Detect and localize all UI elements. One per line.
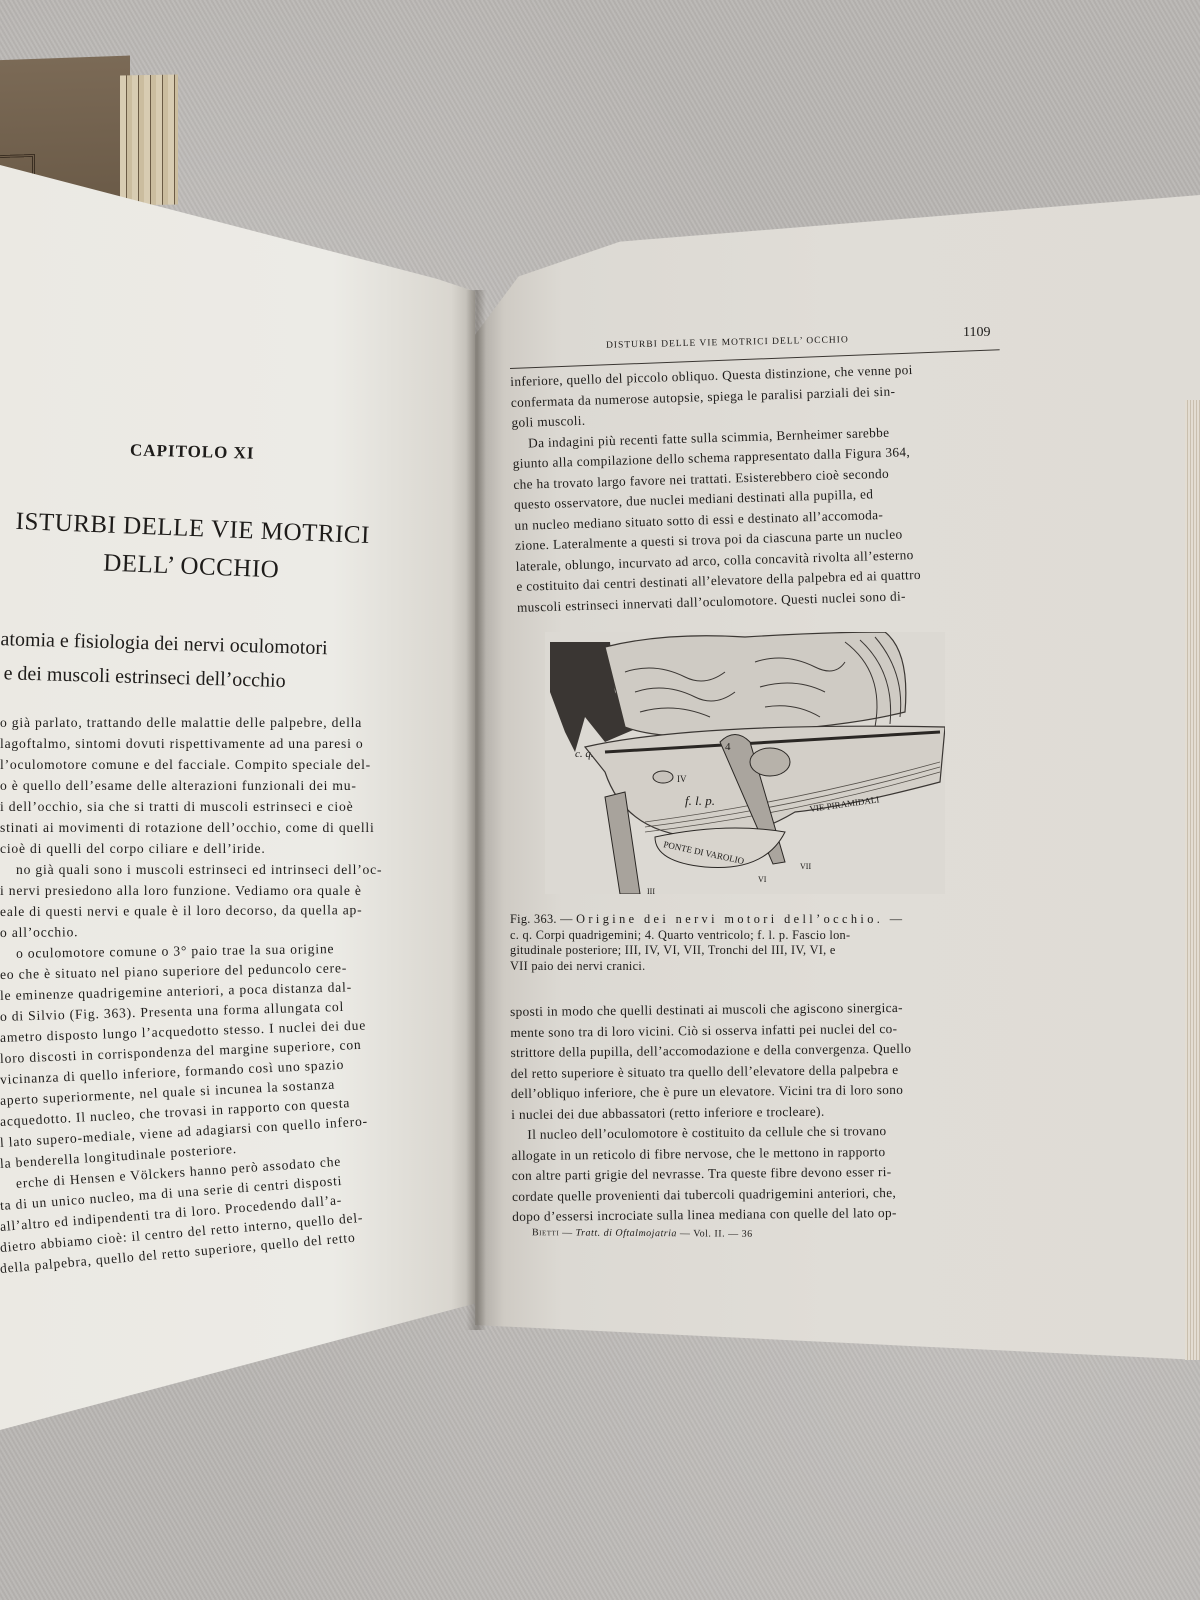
right-page-stack-edge: [1185, 400, 1200, 1360]
footer-author: Bietti: [532, 1227, 559, 1238]
figure-363-brainstem-illustration: c. q. 4 IV f. l. p. VIE PIRAMIDALI PONTE…: [545, 632, 945, 894]
text-line: cioè di quelli del corpo ciliare e dell’…: [0, 838, 440, 859]
book-gutter: [466, 290, 486, 1330]
right-page-body-top: inferiore, quello del piccolo obliquo. Q…: [510, 358, 1002, 618]
footer-work-title: Tratt. di Oftalmojatria: [576, 1228, 677, 1240]
text-line: l’oculomotore comune e del facciale. Com…: [0, 754, 440, 775]
page-number: 1109: [963, 325, 990, 341]
chapter-title: ISTURBI DELLE VIE MOTRICI DELL’ OCCHIO: [0, 502, 393, 594]
right-page-body-bottom: sposti in modo che quelli destinati ai m…: [510, 997, 997, 1228]
figure-caption: Fig. 363. — Origine dei nervi motori del…: [510, 912, 995, 974]
section-title: atomia e fisiologia dei nervi oculomotor…: [0, 622, 421, 702]
caption-line: c. q. Corpi quadrigemini; 4. Quarto vent…: [510, 928, 995, 944]
footer-separator: —: [559, 1227, 576, 1238]
text-line: i dell’occhio, sia che si tratti di musc…: [0, 796, 440, 817]
anatomical-drawing: c. q. 4 IV f. l. p. VIE PIRAMIDALI PONTE…: [545, 632, 945, 894]
footer-volume: — Vol. II. — 36: [677, 1228, 753, 1240]
caption-line: VII paio dei nervi cranici.: [510, 959, 995, 975]
caption-line: Fig. 363. — Origine dei nervi motori del…: [510, 912, 995, 928]
text-line: lagoftalmo, sintomi dovuti rispettivamen…: [0, 733, 440, 754]
old-book-page-edges: [120, 74, 178, 205]
text-line: no già quali sono i muscoli estrinseci e…: [0, 859, 440, 880]
label-iv: IV: [677, 774, 687, 784]
label-vii: VII: [800, 862, 811, 871]
label-cq: c. q.: [575, 748, 594, 760]
text-line: o già parlato, trattando delle malattie …: [0, 712, 440, 733]
text-line: stinati ai movimenti di rotazione dell’o…: [0, 817, 440, 838]
caption-title: Origine dei nervi motori dell’occhio. —: [576, 912, 905, 926]
label-4: 4: [725, 741, 731, 753]
left-page-body: o già parlato, trattando delle malattie …: [0, 712, 440, 1279]
caption-fig-ref: Fig. 363. —: [510, 912, 573, 926]
page-footer: Bietti — Tratt. di Oftalmojatria — Vol. …: [532, 1227, 753, 1240]
text-line: o è quello dell’esame delle alterazioni …: [0, 775, 440, 796]
label-flp: f. l. p.: [685, 793, 715, 808]
text-line: i nervi presiedono alla loro funzione. V…: [0, 880, 440, 901]
label-iii: III: [647, 887, 655, 894]
caption-line: gitudinale posteriore; III, IV, VI, VII,…: [510, 943, 995, 959]
label-vi: VI: [758, 875, 767, 884]
